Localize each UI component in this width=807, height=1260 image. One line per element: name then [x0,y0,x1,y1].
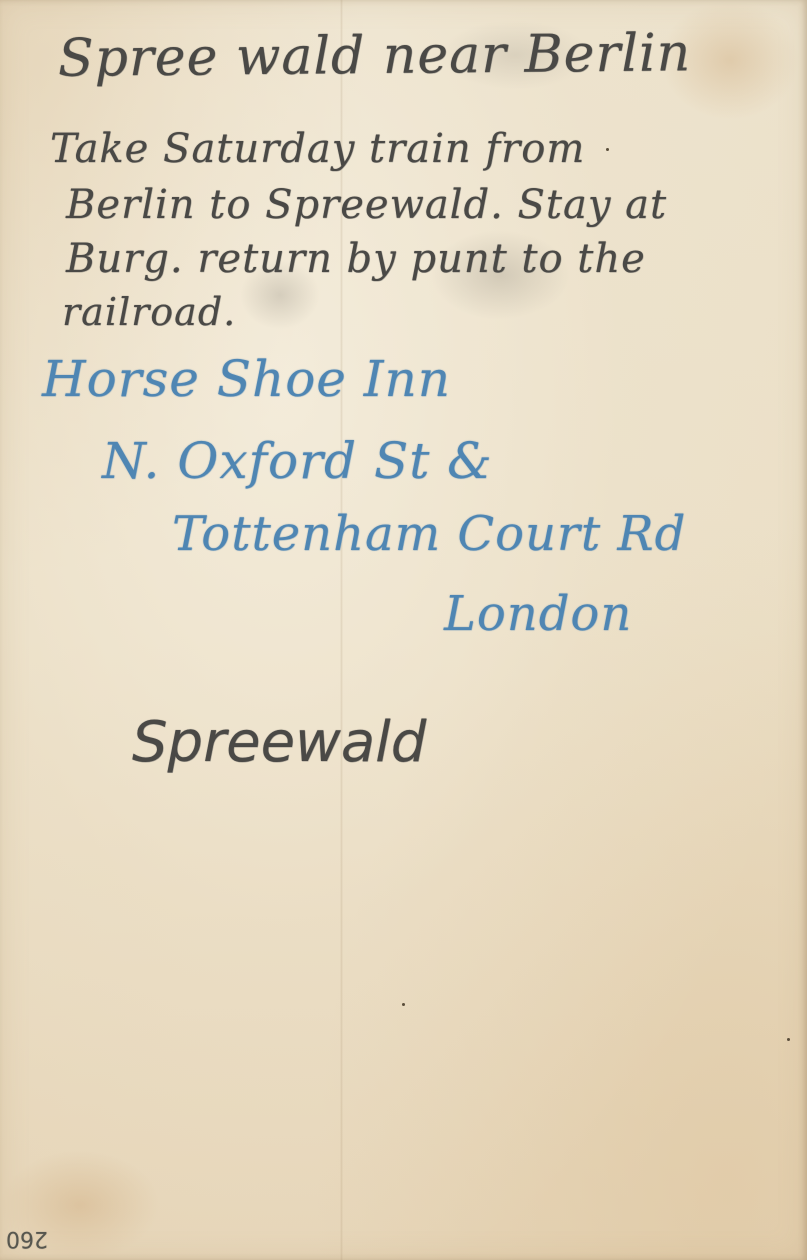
paper-speck [402,1003,405,1006]
address-line-street: N. Oxford St & [102,432,493,490]
paper-speck [787,1038,790,1041]
pencil-note-line: Burg. return by punt to the [66,236,646,282]
address-line-inn: Horse Shoe Inn [42,350,451,408]
address-line-road: Tottenham Court Rd [172,506,686,562]
pencil-note-line: Berlin to Spreewald. Stay at [66,182,667,228]
address-line-city: London [444,586,632,642]
notebook-page: Spree wald near Berlin Take Saturday tra… [0,0,807,1260]
paper-speck [606,148,609,151]
pencil-note-line: railroad. [62,290,236,334]
signature-note: Spreewald [132,710,426,775]
page-number: 260 [6,1226,48,1251]
pencil-note-title: Spree wald near Berlin [58,23,692,89]
pencil-note-line: Take Saturday train from [50,126,585,172]
